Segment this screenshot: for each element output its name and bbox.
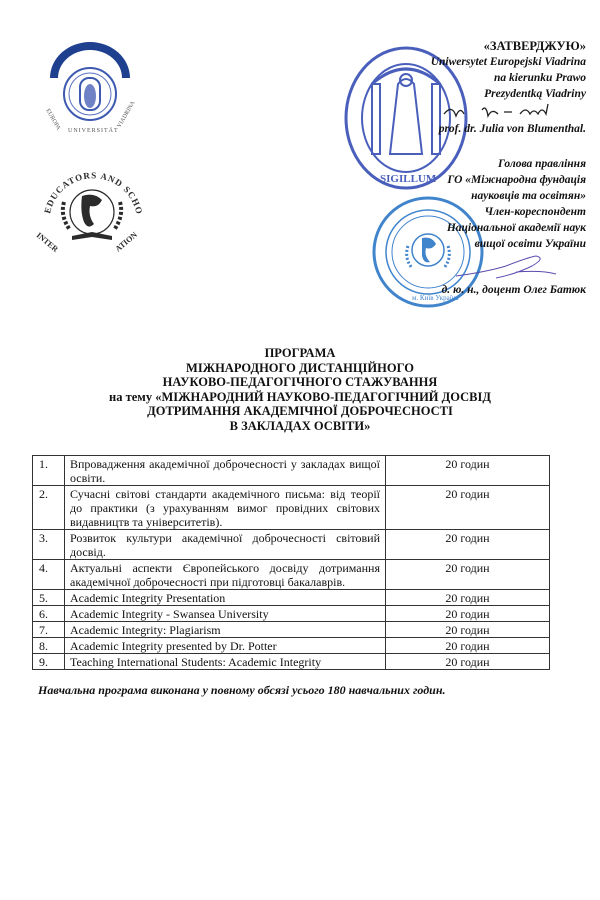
cell-hours: 20 годин xyxy=(386,590,550,606)
approval-line: Член-кореспондент xyxy=(286,204,586,220)
approval-heading: «ЗАТВЕРДЖУЮ» xyxy=(286,38,586,54)
table-row: 8.Academic Integrity presented by Dr. Po… xyxy=(33,638,550,654)
cell-hours: 20 годин xyxy=(386,456,550,486)
approval-line: na kierunku Prawo xyxy=(286,70,586,86)
approval-line: вищої освіти України xyxy=(286,236,586,252)
svg-text:ATION: ATION xyxy=(114,230,140,254)
cell-topic: Academic Integrity: Plagiarism xyxy=(65,622,386,638)
cell-topic: Актуальні аспекти Європейського досвіду … xyxy=(65,560,386,590)
esif-logo: EDUCATORS AND SCHOLARS INTER ATION xyxy=(32,152,152,257)
cell-topic: Впровадження академічної доброчесності у… xyxy=(65,456,386,486)
cell-num: 6. xyxy=(33,606,65,622)
cell-topic: Academic Integrity Presentation xyxy=(65,590,386,606)
svg-text:INTER: INTER xyxy=(35,231,60,254)
approval-line: Національної академії наук xyxy=(286,220,586,236)
cell-topic: Academic Integrity - Swansea University xyxy=(65,606,386,622)
table-row: 2.Сучасні світові стандарти академічного… xyxy=(33,486,550,530)
title-line: ПРОГРАМА xyxy=(0,346,600,361)
cell-topic: Сучасні світові стандарти академічного п… xyxy=(65,486,386,530)
svg-text:VIADRINA: VIADRINA xyxy=(117,100,137,129)
cell-hours: 20 годин xyxy=(386,606,550,622)
approval-line: науковців та освітян» xyxy=(286,188,586,204)
cell-num: 7. xyxy=(33,622,65,638)
signature-2 xyxy=(286,252,586,282)
cell-hours: 20 годин xyxy=(386,560,550,590)
program-title: ПРОГРАМА МІЖНАРОДНОГО ДИСТАНЦІЙНОГО НАУК… xyxy=(0,346,600,433)
table-row: 5.Academic Integrity Presentation20 годи… xyxy=(33,590,550,606)
table-row: 3.Розвиток культури академічної доброчес… xyxy=(33,530,550,560)
title-line: МІЖНАРОДНОГО ДИСТАНЦІЙНОГО xyxy=(0,361,600,376)
approval-line: Prezydentką Viadriny xyxy=(286,86,586,102)
cell-hours: 20 годин xyxy=(386,638,550,654)
cell-hours: 20 годин xyxy=(386,530,550,560)
cell-topic: Розвиток культури академічної доброчесно… xyxy=(65,530,386,560)
table-row: 6.Academic Integrity - Swansea Universit… xyxy=(33,606,550,622)
cell-num: 4. xyxy=(33,560,65,590)
cell-topic: Academic Integrity presented by Dr. Pott… xyxy=(65,638,386,654)
cell-hours: 20 годин xyxy=(386,654,550,670)
svg-text:EUROPA: EUROPA xyxy=(44,108,61,132)
cell-hours: 20 годин xyxy=(386,486,550,530)
approval-block: «ЗАТВЕРДЖУЮ» Uniwersytet Europejski Viad… xyxy=(286,38,586,137)
approval-line: Uniwersytet Europejski Viadrina xyxy=(286,54,586,70)
cell-hours: 20 годин xyxy=(386,622,550,638)
title-line: на тему «МІЖНАРОДНИЙ НАУКОВО-ПЕДАГОГІЧНИ… xyxy=(0,390,600,405)
cell-num: 3. xyxy=(33,530,65,560)
viadrina-logo: EUROPA UNIVERSITÄT VIADRINA xyxy=(36,36,144,136)
cell-num: 9. xyxy=(33,654,65,670)
approval-line: Голова правління xyxy=(286,156,586,172)
svg-text:UNIVERSITÄT: UNIVERSITÄT xyxy=(68,127,119,134)
table-row: 1.Впровадження академічної доброчесності… xyxy=(33,456,550,486)
program-table: 1.Впровадження академічної доброчесності… xyxy=(32,455,550,670)
title-line: ДОТРИМАННЯ АКАДЕМІЧНОЇ ДОБРОЧЕСНОСТІ xyxy=(0,404,600,419)
title-line: В ЗАКЛАДАХ ОСВІТИ» xyxy=(0,419,600,434)
approver-name-2: д. ю. н., доцент Олег Батюк xyxy=(286,282,586,298)
cell-num: 1. xyxy=(33,456,65,486)
cell-topic: Teaching International Students: Academi… xyxy=(65,654,386,670)
cell-num: 5. xyxy=(33,590,65,606)
table-row: 9.Teaching International Students: Acade… xyxy=(33,654,550,670)
program-summary: Навчальна програма виконана у повному об… xyxy=(38,683,446,698)
table-row: 7.Academic Integrity: Plagiarism20 годин xyxy=(33,622,550,638)
table-row: 4.Актуальні аспекти Європейського досвід… xyxy=(33,560,550,590)
title-line: НАУКОВО-ПЕДАГОГІЧНОГО СТАЖУВАННЯ xyxy=(0,375,600,390)
cell-num: 8. xyxy=(33,638,65,654)
approver-name: prof. dr. Julia von Blumenthal. xyxy=(286,121,586,137)
approval-block-2: Голова правління ГО «Міжнародна фундація… xyxy=(286,156,586,298)
cell-num: 2. xyxy=(33,486,65,530)
approval-line: ГО «Міжнародна фундація xyxy=(286,172,586,188)
signature xyxy=(286,102,586,121)
